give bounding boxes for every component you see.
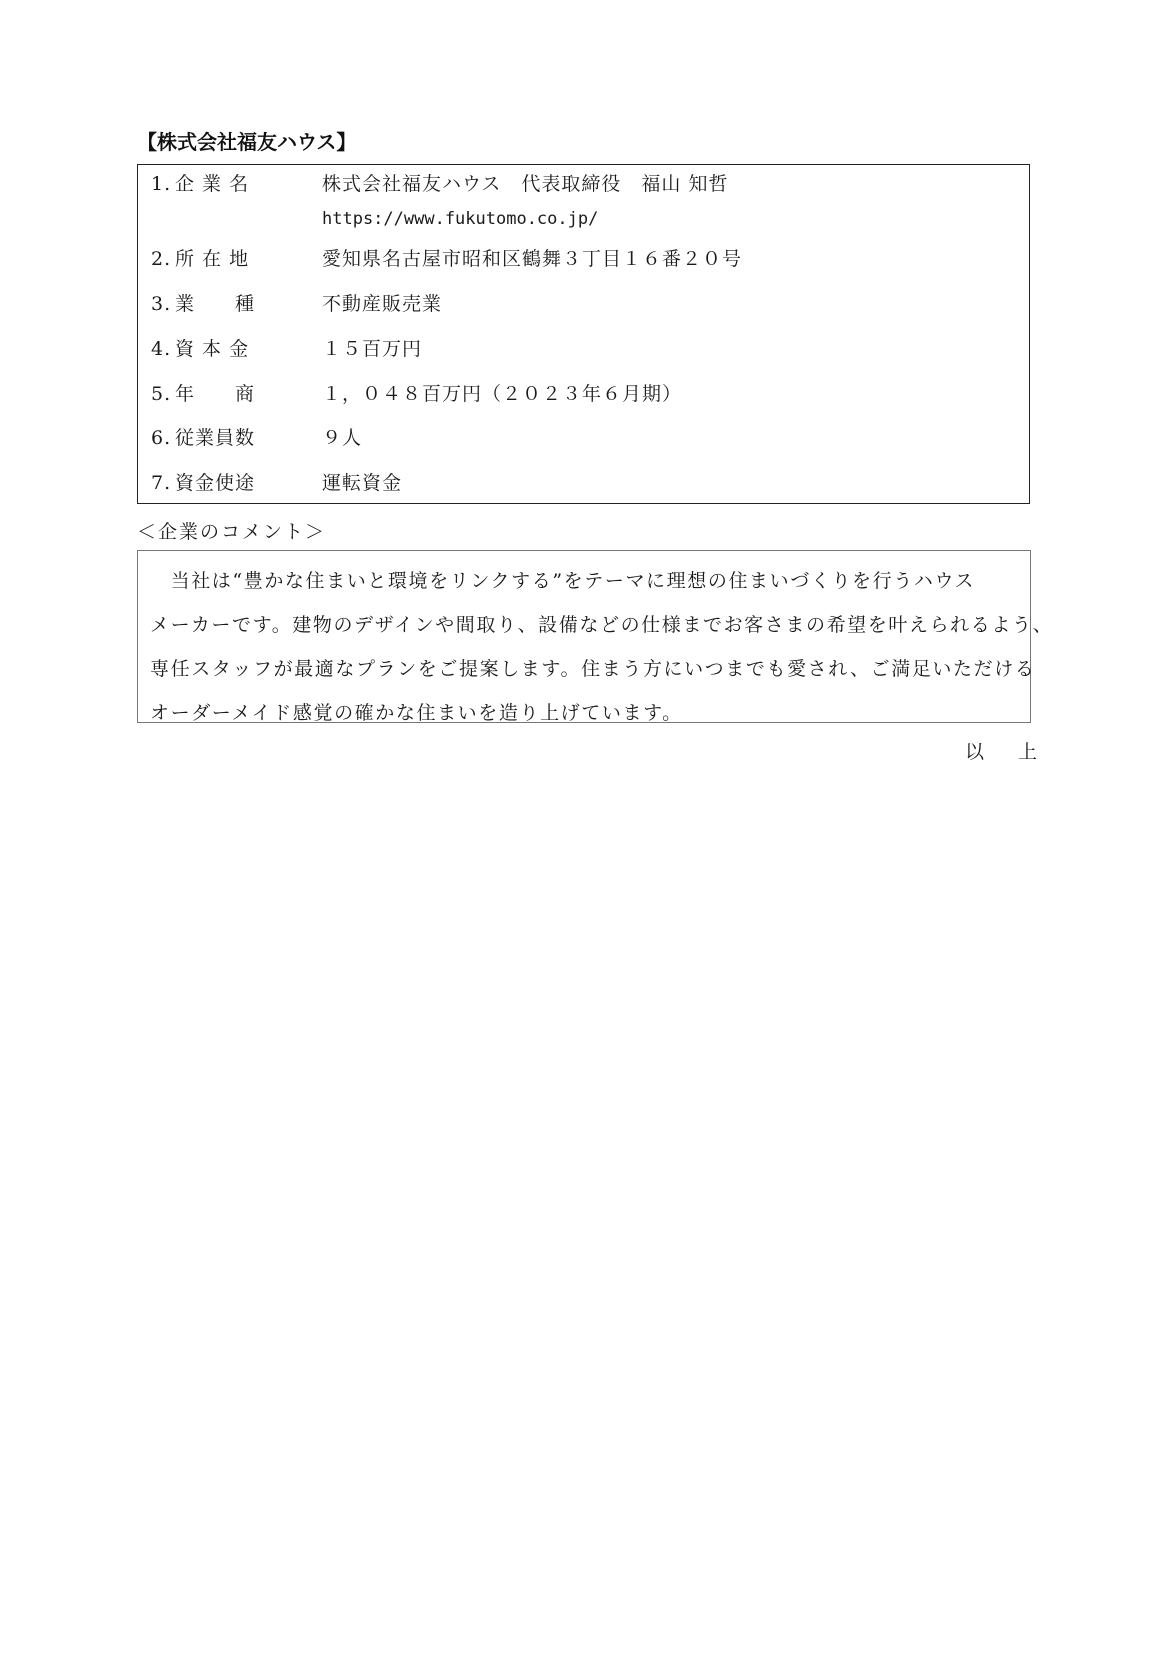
info-row-employees: 6.従業員数 ９人 [138, 423, 1029, 453]
info-label: 5.年 商 [151, 379, 311, 409]
closing-mark: 以 上 [965, 738, 1051, 766]
info-label: 7.資金使途 [151, 468, 311, 498]
row-number: 4. [151, 334, 175, 364]
company-name-value: 株式会社福友ハウス 代表取締役 福山 知哲 [322, 169, 728, 199]
label-text: 企 業 名 [175, 173, 249, 195]
label-text: 年 商 [175, 383, 255, 405]
label-text: 資 本 金 [175, 338, 249, 360]
label-text: 業 種 [175, 293, 255, 315]
capital-value: １５百万円 [322, 334, 422, 364]
row-number: 3. [151, 289, 175, 319]
comment-line: 専任スタッフが最適なプランをご提案します。住まう方にいつまでも愛され、ご満足いた… [150, 647, 1018, 691]
row-number: 2. [151, 244, 175, 274]
company-info-table: 1.企 業 名 株式会社福友ハウス 代表取締役 福山 知哲 https://ww… [137, 164, 1030, 504]
row-number: 1. [151, 169, 175, 199]
info-label: 2.所 在 地 [151, 244, 311, 274]
address-value: 愛知県名古屋市昭和区鶴舞３丁目１６番２０号 [322, 244, 742, 274]
info-row-industry: 3.業 種 不動産販売業 [138, 289, 1029, 319]
comment-heading: ＜企業のコメント＞ [137, 518, 326, 546]
info-label: 3.業 種 [151, 289, 311, 319]
company-comment-box: 当社は“豊かな住まいと環境をリンクする”をテーマに理想の住まいづくりを行うハウス… [137, 550, 1031, 723]
use-of-funds-value: 運転資金 [322, 468, 402, 498]
row-number: 7. [151, 468, 175, 498]
info-row-capital: 4.資 本 金 １５百万円 [138, 334, 1029, 364]
label-text: 従業員数 [175, 427, 255, 449]
info-label: 6.従業員数 [151, 423, 311, 453]
comment-line: オーダーメイド感覚の確かな住まいを造り上げています。 [150, 691, 1018, 735]
label-text: 所 在 地 [175, 248, 249, 270]
annual-sales-value: １，０４８百万円（２０２３年６月期） [322, 379, 682, 409]
employees-value: ９人 [322, 423, 362, 453]
industry-value: 不動産販売業 [322, 289, 442, 319]
row-number: 6. [151, 423, 175, 453]
comment-line: メーカーです。建物のデザインや間取り、設備などの仕様までお客さまの希望を叶えられ… [150, 603, 1018, 647]
company-url-link[interactable]: https://www.fukutomo.co.jp/ [322, 204, 598, 234]
info-row-url: https://www.fukutomo.co.jp/ [138, 204, 1029, 234]
info-label: 1.企 業 名 [151, 169, 311, 199]
company-title: 【株式会社福友ハウス】 [137, 128, 356, 156]
info-row-address: 2.所 在 地 愛知県名古屋市昭和区鶴舞３丁目１６番２０号 [138, 244, 1029, 274]
comment-line: 当社は“豊かな住まいと環境をリンクする”をテーマに理想の住まいづくりを行うハウス [150, 559, 1018, 603]
row-number: 5. [151, 379, 175, 409]
info-row-use-of-funds: 7.資金使途 運転資金 [138, 468, 1029, 498]
info-label: 4.資 本 金 [151, 334, 311, 364]
info-row-annual-sales: 5.年 商 １，０４８百万円（２０２３年６月期） [138, 379, 1029, 409]
info-row-company-name: 1.企 業 名 株式会社福友ハウス 代表取締役 福山 知哲 [138, 169, 1029, 199]
label-text: 資金使途 [175, 472, 255, 494]
